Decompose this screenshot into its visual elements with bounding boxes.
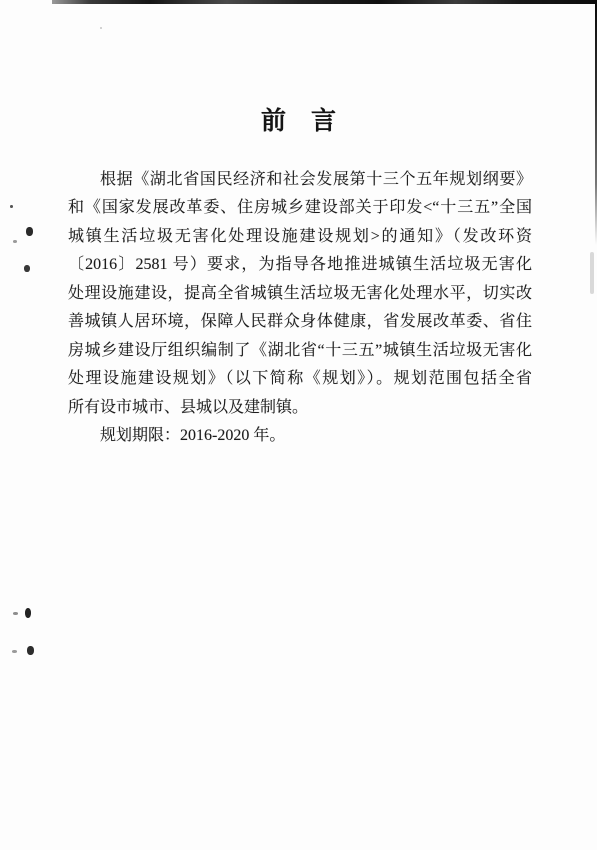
scan-speck xyxy=(25,608,31,618)
preface-body: 根据《湖北省国民经济和社会发展第十三个五年规划纲要》 和《国家发展改革委、住房城… xyxy=(68,166,532,450)
scan-speck xyxy=(26,227,33,236)
scan-speck xyxy=(27,646,34,655)
document-title: 前 言 xyxy=(0,105,597,139)
scan-speck xyxy=(13,240,17,243)
text-line: 处理设施建设，提高全省城镇生活垃圾无害化处理水平，切实改 xyxy=(68,280,532,308)
scanned-document-page: 前 言 根据《湖北省国民经济和社会发展第十三个五年规划纲要》 和《国家发展改革委… xyxy=(0,0,597,850)
text-line: 规划期限：2016-2020 年。 xyxy=(68,422,532,450)
scan-speck xyxy=(24,265,30,272)
scan-edge-strip-top xyxy=(52,0,597,4)
text-line: 和《国家发展改革委、住房城乡建设部关于印发<“十三五”全国 xyxy=(68,194,532,222)
text-line: 处理设施建设规划》（以下简称《规划》）。规划范围包括全省 xyxy=(68,365,532,393)
text-line: 〔2016〕2581 号）要求，为指导各地推进城镇生活垃圾无害化 xyxy=(68,251,532,279)
scan-smudge-right xyxy=(590,252,594,294)
text-line: 根据《湖北省国民经济和社会发展第十三个五年规划纲要》 xyxy=(68,166,532,194)
text-line: 善城镇人居环境，保障人民群众身体健康，省发展改革委、省住 xyxy=(68,308,532,336)
scan-speck xyxy=(10,205,13,208)
scan-speck xyxy=(13,612,18,615)
text-line: 房城乡建设厅组织编制了《湖北省“十三五”城镇生活垃圾无害化 xyxy=(68,337,532,365)
scan-speck xyxy=(100,27,102,29)
scan-speck xyxy=(12,650,17,653)
text-line: 城镇生活垃圾无害化处理设施建设规划>的通知》（发改环资 xyxy=(68,223,532,251)
text-line: 所有设市城市、县城以及建制镇。 xyxy=(68,394,532,422)
